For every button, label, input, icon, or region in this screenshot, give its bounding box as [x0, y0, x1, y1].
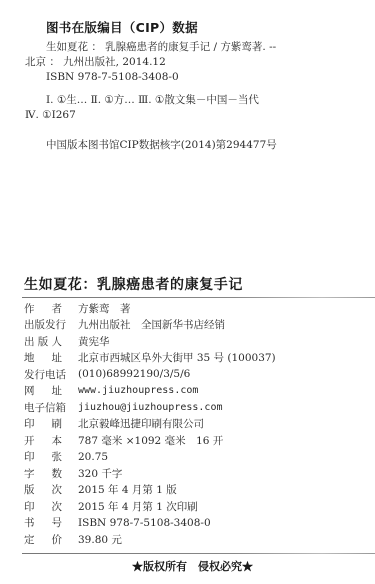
detail-value: 黄宪华: [78, 334, 110, 349]
detail-label: 定价: [24, 532, 62, 547]
detail-row-price: 定价 39.80 元: [24, 531, 276, 548]
cip-line-title: 生如夏花 ： 乳腺癌患者的康复手记 / 方紫鸾著. --: [46, 40, 276, 54]
cip-record-number: 中国版本图书馆CIP数据核字(2014)第294477号: [46, 137, 277, 152]
detail-label: 地址: [24, 350, 62, 365]
detail-value: 九州出版社 全国新华书店经销: [78, 317, 225, 332]
detail-row-phone: 发行电话 (010)68992190/3/5/6: [24, 366, 276, 383]
detail-label: 版次: [24, 482, 62, 497]
cip-heading: 图书在版编目（CIP）数据: [46, 18, 198, 36]
cip-line-classification: Ⅰ. ①生… Ⅱ. ①方… Ⅲ. ①散文集－中国－当代: [46, 93, 259, 107]
detail-value: 北京毅峰迅捷印刷有限公司: [78, 416, 204, 431]
detail-row-format: 开本 787 毫米 ×1092 毫米 16 开: [24, 432, 276, 449]
book-title: 生如夏花：乳腺癌患者的康复手记: [24, 274, 243, 294]
cip-line-classification-code: Ⅳ. ①I267: [25, 108, 76, 122]
detail-row-author: 作者 方紫鸾 著: [24, 300, 276, 317]
detail-row-word-count: 字数 320 千字: [24, 465, 276, 482]
detail-label: 作者: [24, 301, 62, 316]
detail-label: 网址: [24, 383, 62, 398]
detail-row-printer: 印刷 北京毅峰迅捷印刷有限公司: [24, 416, 276, 433]
detail-label: 书号: [24, 515, 62, 530]
cip-line-publisher: 北京 ： 九州出版社, 2014.12: [25, 55, 166, 69]
detail-label: 字数: [24, 466, 62, 481]
detail-value: (010)68992190/3/5/6: [78, 368, 190, 380]
detail-label: 开本: [24, 433, 62, 448]
detail-value: 2015 年 4 月第 1 次印刷: [78, 499, 198, 514]
detail-value: ISBN 978-7-5108-3408-0: [78, 517, 211, 529]
detail-label: 印次: [24, 499, 62, 514]
detail-row-address: 地址 北京市西城区阜外大街甲 35 号 (100037): [24, 350, 276, 367]
detail-label: 印刷: [24, 416, 62, 431]
website-link[interactable]: www.jiuzhoupress.com: [78, 385, 198, 396]
detail-value: 787 毫米 ×1092 毫米 16 开: [78, 433, 223, 448]
detail-value: 2015 年 4 月第 1 版: [78, 482, 177, 497]
detail-row-edition: 版次 2015 年 4 月第 1 版: [24, 482, 276, 499]
detail-row-email: 电子信箱 jiuzhou@jiuzhoupress.com: [24, 399, 276, 416]
detail-label: 印张: [24, 449, 62, 464]
detail-row-isbn: 书号 ISBN 978-7-5108-3408-0: [24, 515, 276, 532]
book-details-table: 作者 方紫鸾 著 出版发行 九州出版社 全国新华书店经销 出版人 黄宪华 地址 …: [24, 300, 276, 548]
bottom-divider: [22, 553, 375, 554]
detail-row-sheets: 印张 20.75: [24, 449, 276, 466]
detail-value: 39.80 元: [78, 532, 122, 547]
detail-label: 发行电话: [24, 367, 78, 382]
detail-row-website: 网址 www.jiuzhoupress.com: [24, 383, 276, 400]
detail-label: 出版人: [24, 334, 62, 349]
detail-label: 出版发行: [24, 317, 78, 332]
top-divider: [22, 297, 375, 298]
detail-value: 320 千字: [78, 466, 122, 481]
detail-value: 20.75: [78, 451, 108, 463]
detail-row-printing: 印次 2015 年 4 月第 1 次印刷: [24, 498, 276, 515]
cip-line-isbn: ISBN 978-7-5108-3408-0: [46, 70, 179, 84]
detail-value: 方紫鸾 著: [78, 301, 131, 316]
email-link[interactable]: jiuzhou@jiuzhoupress.com: [78, 402, 223, 413]
copyright-notice: ★版权所有 侵权必究★: [0, 558, 375, 574]
detail-label: 电子信箱: [24, 400, 78, 415]
detail-row-publisher: 出版发行 九州出版社 全国新华书店经销: [24, 317, 276, 334]
detail-row-publisher-person: 出版人 黄宪华: [24, 333, 276, 350]
detail-value: 北京市西城区阜外大街甲 35 号 (100037): [78, 350, 276, 365]
